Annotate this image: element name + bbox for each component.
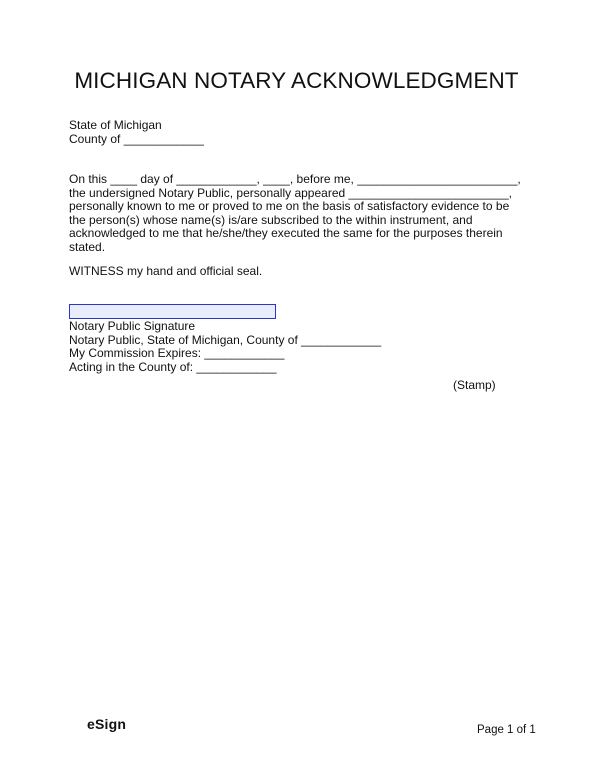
acknowledgment-line: the person(s) whose name(s) is/are subsc… [69,214,521,228]
notary-county-line: Notary Public, State of Michigan, County… [69,334,381,348]
stamp-label: (Stamp) [453,378,496,392]
acknowledgment-line: the undersigned Notary Public, personall… [69,187,521,201]
venue-state: State of Michigan [69,119,204,133]
witness-text: WITNESS my hand and official seal. [69,265,262,279]
notary-signature-label: Notary Public Signature [69,320,381,334]
document-page: MICHIGAN NOTARY ACKNOWLEDGMENT State of … [0,0,593,768]
notary-block: Notary Public Signature Notary Public, S… [69,320,381,374]
esign-logo: eSign [87,715,126,733]
commission-expires-line: My Commission Expires: ____________ [69,347,381,361]
acknowledgment-line: personally known to me or proved to me o… [69,200,521,214]
venue-block: State of Michigan County of ____________ [69,119,204,146]
witness-statement: WITNESS my hand and official seal. [69,265,262,279]
signature-input-field[interactable] [69,304,276,319]
page-number: Page 1 of 1 [477,723,536,737]
acknowledgment-line: acknowledged to me that he/she/they exec… [69,227,521,241]
acknowledgment-line: stated. [69,241,521,255]
document-title: MICHIGAN NOTARY ACKNOWLEDGMENT [0,68,593,94]
venue-county: County of ____________ [69,133,204,147]
acting-county-line: Acting in the County of: ____________ [69,361,381,375]
acknowledgment-paragraph: On this ____ day of ____________, ____, … [69,173,521,255]
acknowledgment-line: On this ____ day of ____________, ____, … [69,173,521,187]
